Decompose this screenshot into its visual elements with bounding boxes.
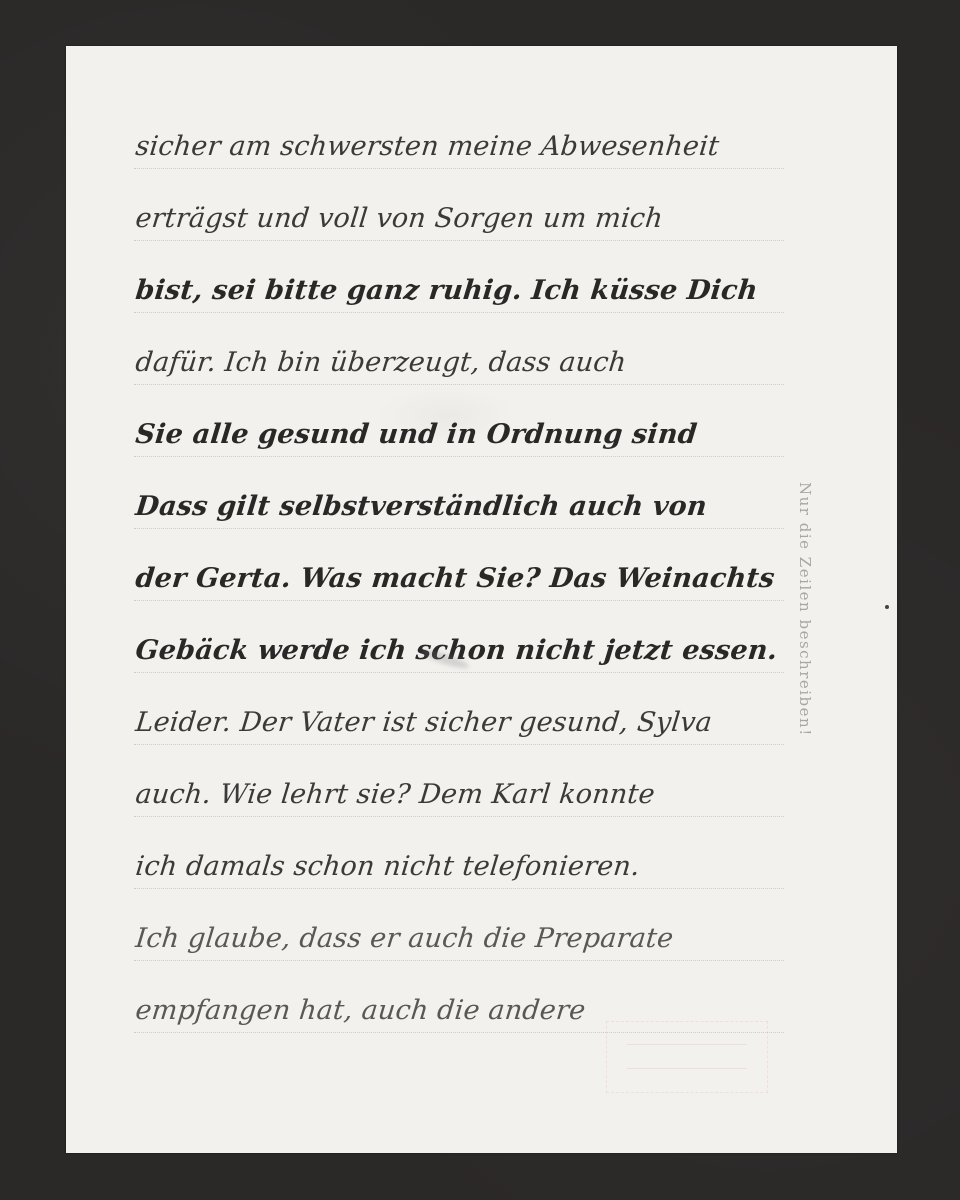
ruled-line: der Gerta. Was macht Sie? Das Weinachts [134,544,784,601]
handwritten-line: Leider. Der Vater ist sicher gesund, Syl… [134,707,714,738]
ruled-line: Sie alle gesund und in Ordnung sind [134,400,784,457]
handwritten-line: Dass gilt selbstverständlich auch von [134,491,709,522]
letter-page: sicher am schwersten meine Abwesenheit e… [66,46,897,1153]
handwritten-line: der Gerta. Was macht Sie? Das Weinachts [134,563,776,594]
handwritten-line: auch. Wie lehrt sie? Dem Karl konnte [134,779,656,810]
ruled-line: Dass gilt selbstverständlich auch von [134,472,784,529]
faded-stamp [606,1021,768,1093]
ruled-line: Leider. Der Vater ist sicher gesund, Syl… [134,688,784,745]
ruled-line: sicher am schwersten meine Abwesenheit [134,112,784,169]
handwritten-line: ich damals schon nicht telefonieren. [134,851,641,882]
handwritten-line: dafür. Ich bin überzeugt, dass auch [134,347,628,378]
ruled-line: Ich glaube, dass er auch die Preparate [134,904,784,961]
handwritten-line: Ich glaube, dass er auch die Preparate [134,923,675,954]
handwritten-line: Sie alle gesund und in Ordnung sind [134,419,699,450]
ruled-line: erträgst und voll von Sorgen um mich [134,184,784,241]
handwritten-line: erträgst und voll von Sorgen um mich [134,203,664,234]
fold-mark [885,605,889,609]
handwritten-line: empfangen hat, auch die andere [134,995,587,1026]
ruled-line: ich damals schon nicht telefonieren. [134,832,784,889]
ruled-line: dafür. Ich bin überzeugt, dass auch [134,328,784,385]
handwritten-line: sicher am schwersten meine Abwesenheit [134,131,721,162]
handwritten-line: bist, sei bitte ganz ruhig. Ich küsse Di… [134,275,759,306]
margin-instruction: Nur die Zeilen beschreiben! [796,482,814,742]
ruled-line: bist, sei bitte ganz ruhig. Ich küsse Di… [134,256,784,313]
ruled-line: auch. Wie lehrt sie? Dem Karl konnte [134,760,784,817]
